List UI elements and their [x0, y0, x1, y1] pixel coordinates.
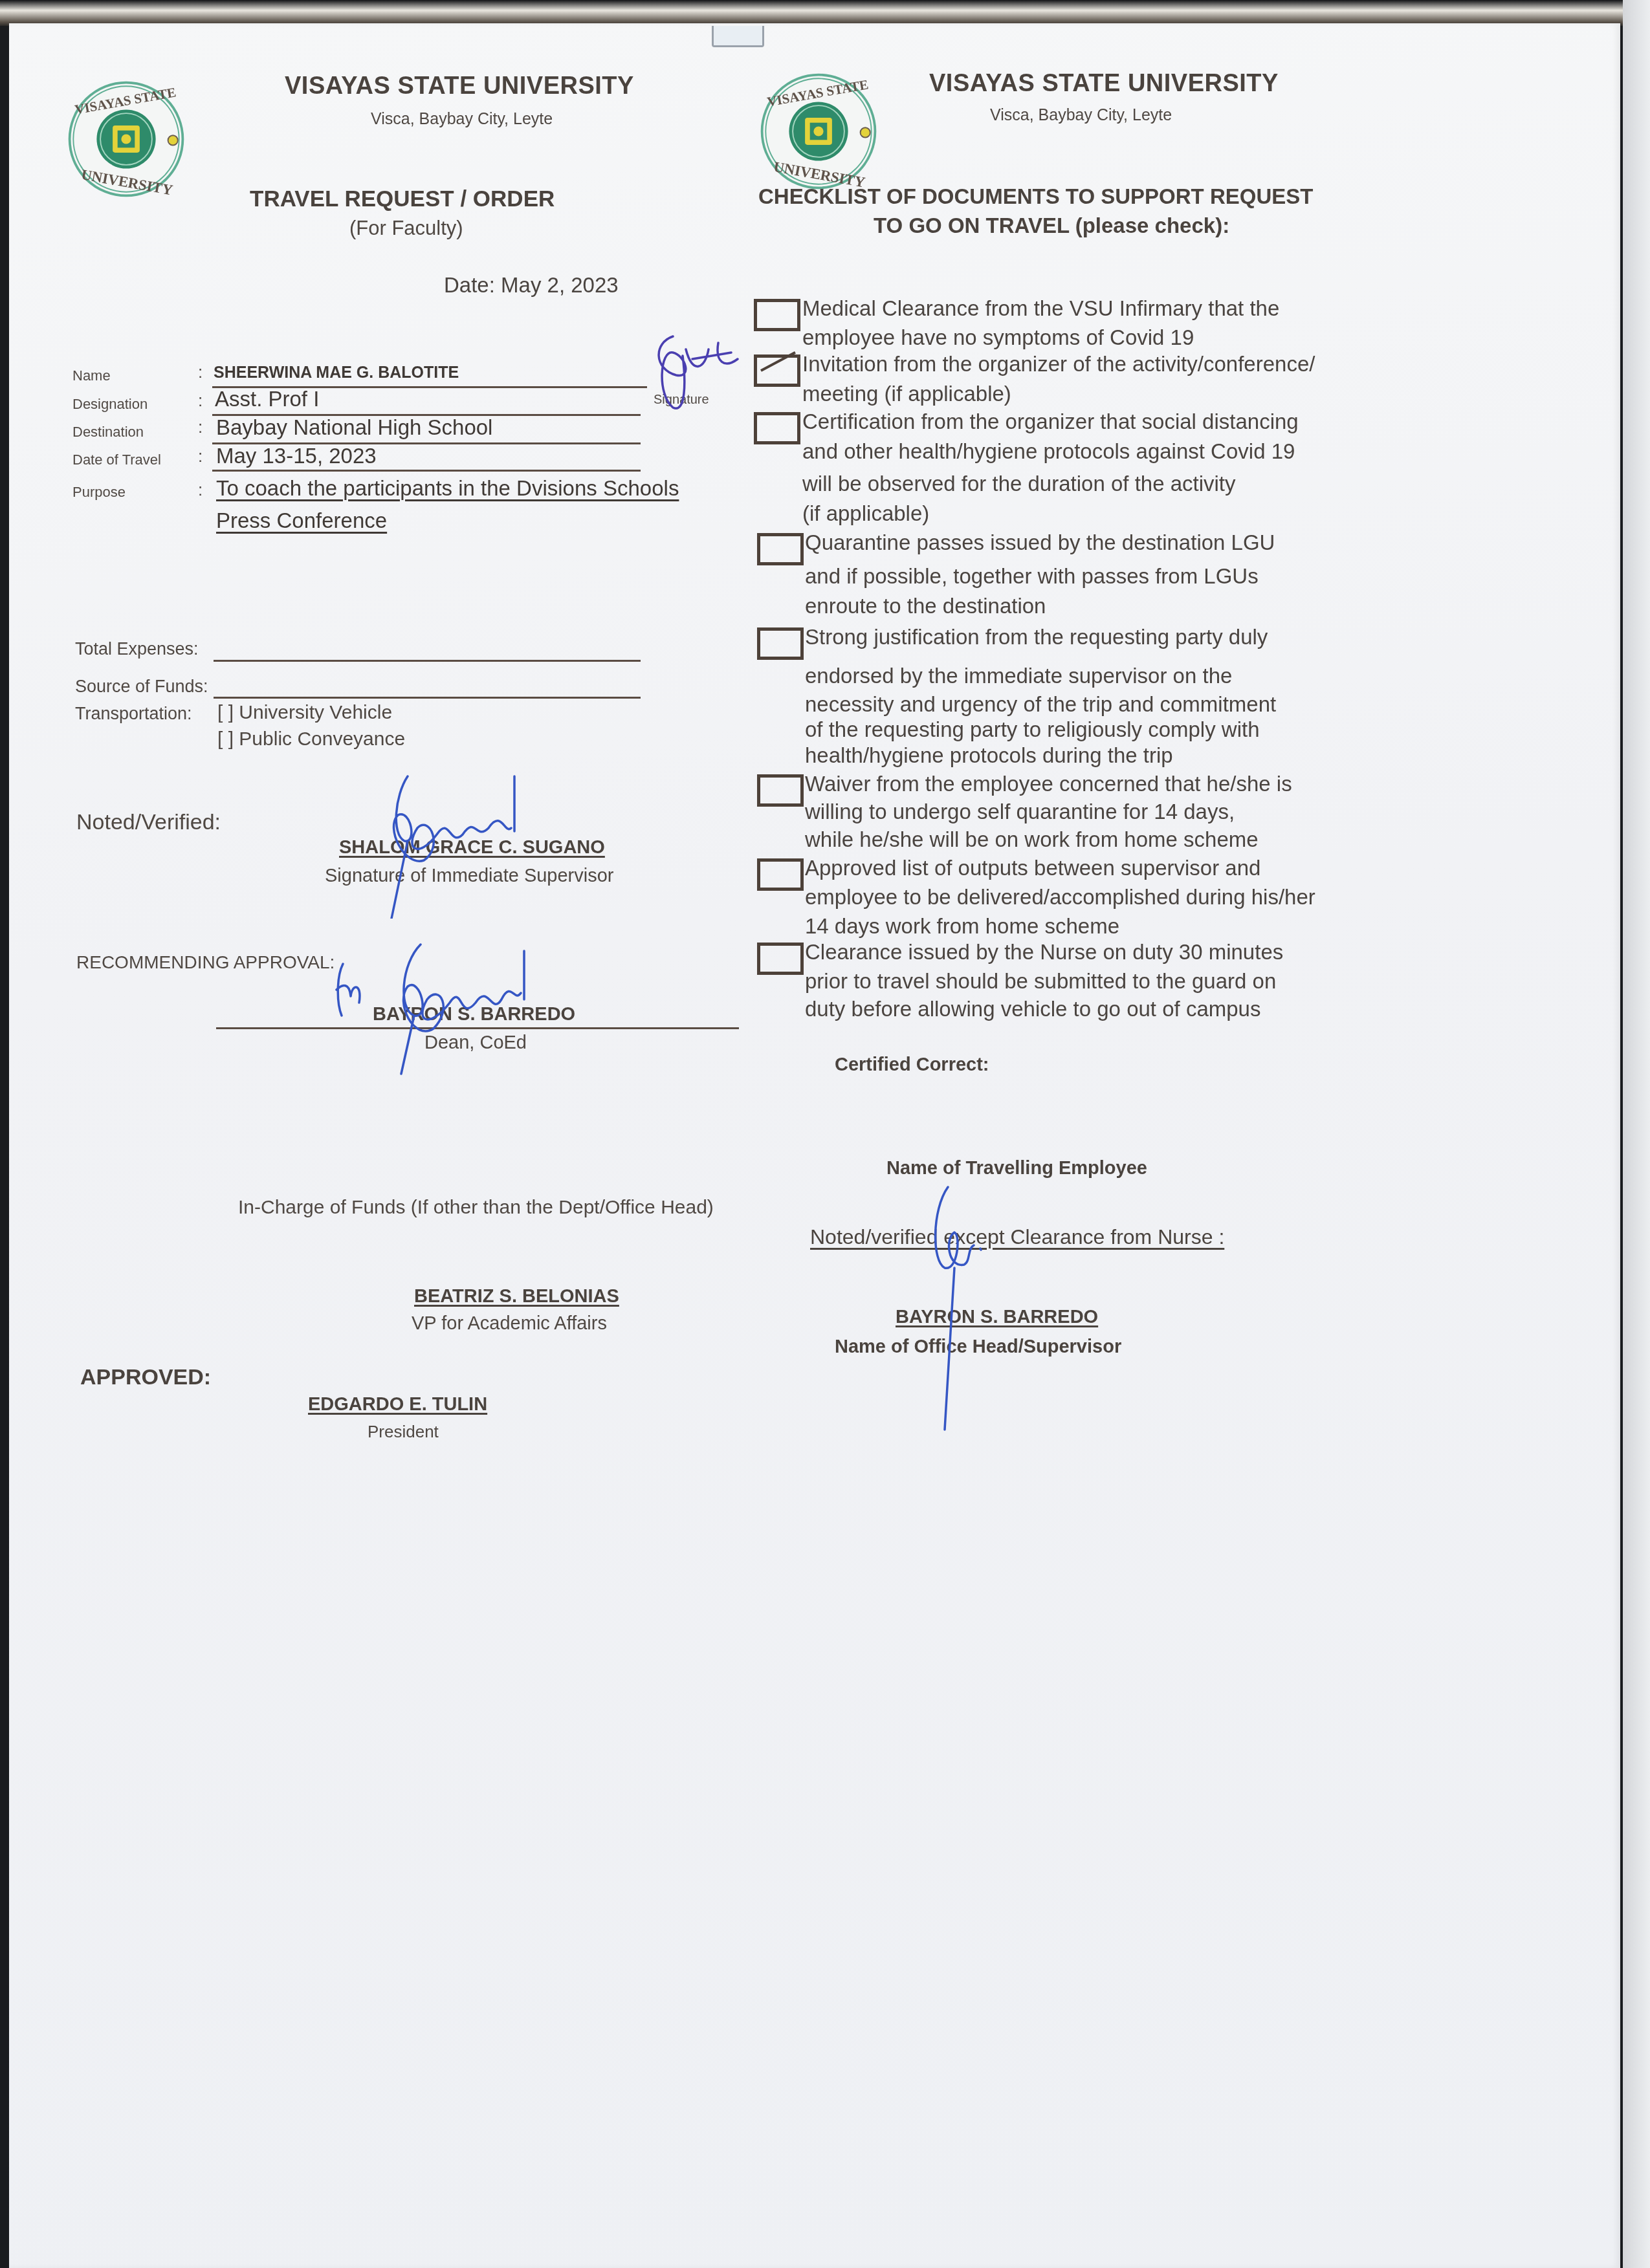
source-of-funds-label: Source of Funds:: [75, 677, 208, 697]
purpose-field-line1[interactable]: To coach the participants in the Dvision…: [216, 476, 679, 501]
approved-label: APPROVED:: [80, 1365, 211, 1390]
checklist-item-text: (if applicable): [802, 501, 929, 526]
designation-field[interactable]: Asst. Prof I: [215, 387, 319, 411]
checklist-item-text: will be observed for the duration of the…: [802, 472, 1236, 496]
scan-top-edge: [0, 0, 1650, 26]
checklist-item-text: employee have no symptoms of Covid 19: [802, 325, 1194, 350]
destination-label: Destination: [72, 424, 144, 441]
destination-field[interactable]: Baybay National High School: [216, 415, 492, 440]
colon: :: [198, 446, 203, 466]
president-title: President: [368, 1422, 439, 1442]
checklist-item-text: Certification from the organizer that so…: [802, 409, 1299, 434]
transportation-label: Transportation:: [75, 704, 192, 724]
dean-signature-line: [216, 1027, 739, 1029]
colon: :: [198, 391, 203, 411]
dean-name: BAYRON S. BARREDO: [373, 1004, 575, 1025]
total-expenses-underline: [214, 660, 641, 662]
checklist-checkbox[interactable]: [754, 412, 800, 444]
dean-title: Dean, CoEd: [424, 1032, 527, 1054]
checklist-item-text: employee to be delivered/accomplished du…: [805, 885, 1315, 910]
source-of-funds-underline: [214, 697, 641, 699]
total-expenses-label: Total Expenses:: [75, 639, 199, 659]
checklist-item-text: health/hygiene protocols during the trip: [805, 743, 1173, 768]
university-address: Visca, Baybay City, Leyte: [371, 110, 553, 129]
checklist-item-text: willing to undergo self quarantine for 1…: [805, 800, 1235, 824]
noted-except-label: Noted/verified except Clearance from Nur…: [810, 1225, 1224, 1249]
colon: :: [198, 480, 203, 500]
university-name-right: VISAYAS STATE UNIVERSITY: [929, 70, 1279, 98]
form-title: TRAVEL REQUEST / ORDER: [250, 186, 555, 212]
university-seal-icon: VISAYAS STATE UNIVERSITY: [757, 70, 880, 193]
checklist-item-text: Medical Clearance from the VSU Infirmary…: [802, 296, 1279, 321]
recommending-approval-label: RECOMMENDING APPROVAL:: [76, 952, 335, 973]
date-of-travel-label: Date of Travel: [72, 452, 161, 468]
travelling-employee-label: Name of Travelling Employee: [886, 1158, 1147, 1179]
checklist-checkbox[interactable]: [757, 858, 804, 891]
checklist-item-text: prior to travel should be submitted to t…: [805, 969, 1276, 994]
signature-label: Signature: [654, 393, 709, 408]
supervisor-title: Signature of Immediate Supervisor: [325, 866, 614, 887]
transport-option-university-vehicle[interactable]: [ ] University Vehicle: [217, 702, 392, 724]
vp-name: BEATRIZ S. BELONIAS: [414, 1286, 619, 1307]
noted-verified-label: Noted/Verified:: [76, 810, 221, 835]
university-seal-icon: VISAYAS STATE UNIVERSITY: [65, 78, 188, 201]
vp-title: VP for Academic Affairs: [412, 1313, 607, 1335]
transport-option-public-conveyance[interactable]: [ ] Public Conveyance: [217, 728, 405, 750]
purpose-label: Purpose: [72, 484, 126, 501]
checklist-item-text: meeting (if applicable): [802, 382, 1011, 406]
checklist-checkbox[interactable]: [757, 627, 804, 660]
purpose-field-line2[interactable]: Press Conference: [216, 508, 387, 533]
name-label: Name: [72, 367, 111, 384]
checklist-item-text: Clearance issued by the Nurse on duty 30…: [805, 940, 1283, 965]
colon: :: [198, 417, 203, 437]
checklist-item-text: and if possible, together with passes fr…: [805, 564, 1259, 589]
certified-correct-label: Certified Correct:: [835, 1054, 989, 1076]
colon: :: [198, 362, 203, 382]
checklist-item-text: Approved list of outputs between supervi…: [805, 856, 1260, 880]
supervisor-name: SHALOM GRACE C. SUGANO: [339, 837, 605, 858]
checklist-title-line2: TO GO ON TRAVEL (please check):: [874, 213, 1229, 238]
checklist-title-line1: CHECKLIST OF DOCUMENTS TO SUPPORT REQUES…: [758, 184, 1313, 209]
checklist-item-text: of the requesting party to religiously c…: [805, 717, 1260, 742]
name-field[interactable]: SHEERWINA MAE G. BALOTITE: [214, 364, 459, 382]
checklist-checkbox[interactable]: [757, 943, 804, 975]
scan-right-edge: [1623, 0, 1650, 2268]
checklist-item-text: while he/she will be on work from home s…: [805, 827, 1259, 852]
staple-icon: [712, 26, 764, 47]
checklist-checkbox[interactable]: [754, 354, 800, 387]
date-of-travel-underline: [212, 470, 641, 472]
checklist-checkbox[interactable]: [757, 774, 804, 807]
university-name: VISAYAS STATE UNIVERSITY: [285, 72, 634, 100]
checklist-item-text: necessity and urgency of the trip and co…: [805, 692, 1276, 717]
checklist-item-text: 14 days work from home scheme: [805, 914, 1119, 939]
form-subtitle: (For Faculty): [349, 217, 463, 240]
designation-label: Designation: [72, 396, 148, 413]
date-of-travel-field[interactable]: May 13-15, 2023: [216, 444, 377, 468]
office-head-name: BAYRON S. BARREDO: [896, 1307, 1098, 1328]
checklist-item-text: endorsed by the immediate supervisor on …: [805, 664, 1232, 688]
checklist-item-text: Invitation from the organizer of the act…: [802, 352, 1315, 376]
president-name: EDGARDO E. TULIN: [308, 1394, 487, 1415]
checklist-item-text: Waiver from the employee concerned that …: [805, 772, 1292, 796]
checklist-item-text: Quarantine passes issued by the destinat…: [805, 530, 1275, 555]
request-date: Date: May 2, 2023: [444, 273, 619, 298]
office-head-title: Name of Office Head/Supervisor: [835, 1336, 1121, 1358]
university-address-right: Visca, Baybay City, Leyte: [990, 106, 1172, 125]
checklist-item-text: Strong justification from the requesting…: [805, 625, 1268, 649]
in-charge-of-funds-label: In-Charge of Funds (If other than the De…: [238, 1197, 714, 1219]
checklist-item-text: and other health/hygiene protocols again…: [802, 439, 1295, 464]
checklist-item-text: duty before allowing vehicle to go out o…: [805, 997, 1260, 1021]
checklist-checkbox[interactable]: [757, 533, 804, 565]
checklist-checkbox[interactable]: [754, 299, 800, 331]
checklist-item-text: enroute to the destination: [805, 594, 1046, 618]
